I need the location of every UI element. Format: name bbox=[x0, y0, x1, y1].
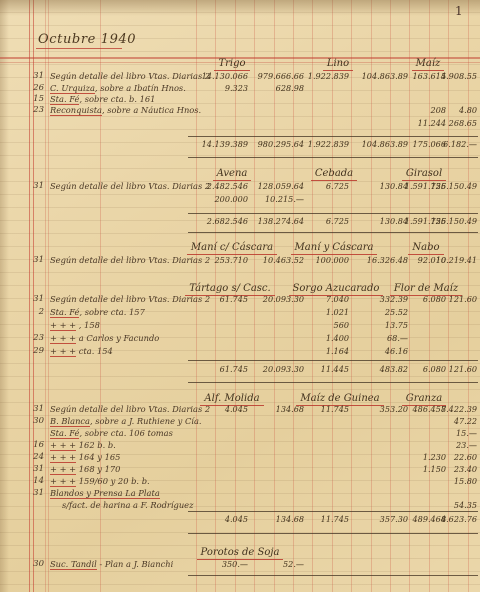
entry-description: + + + , 158 bbox=[50, 320, 100, 330]
day-cell: 31 bbox=[22, 488, 44, 498]
total-amount-cell: 61.745 bbox=[190, 364, 248, 374]
entry-description: Sta. Fé, sobre cta. 157 bbox=[50, 307, 145, 317]
day-cell: 31 bbox=[22, 464, 44, 474]
entry-description: Según detalle del libro Vtas. Diarias 2 bbox=[50, 181, 210, 191]
entry-description: Sta. Fé, sobre cta. b. 161 bbox=[50, 94, 155, 104]
total-amount-cell: 6.725 bbox=[303, 216, 349, 226]
day-cell: 14 bbox=[22, 476, 44, 486]
amount-cell: 46.16 bbox=[346, 346, 408, 356]
total-amount-cell: 2.682.546 bbox=[190, 216, 248, 226]
entry-description-text: , sobre cta. b. 161 bbox=[79, 94, 155, 104]
entry-description: + + + 164 y 165 bbox=[50, 452, 120, 462]
entry-description-text: Según detalle del libro Vtas. Diarias 2 bbox=[50, 255, 210, 265]
total-amount-cell: 11.745 bbox=[303, 514, 349, 524]
amount-cell: 68.— bbox=[346, 333, 408, 343]
entry-description-text: 168 y 170 bbox=[76, 464, 120, 474]
amount-cell: 13.75 bbox=[346, 320, 408, 330]
day-cell: 30 bbox=[22, 416, 44, 426]
total-amount-cell: 11.445 bbox=[303, 364, 349, 374]
day-cell: 31 bbox=[22, 404, 44, 414]
total-amount-cell: 130.84 bbox=[346, 216, 408, 226]
entry-description-text: cta. 154 bbox=[76, 346, 113, 356]
entry-description-text: Según detalle del libro Vtas. Diarias 2 bbox=[50, 404, 210, 414]
entry-description: Blandos y Prensa La Plata bbox=[50, 488, 160, 498]
amount-cell: 4.80 bbox=[427, 105, 477, 115]
amount-cell: 23.40 bbox=[427, 464, 477, 474]
amount-cell: 2.482.546 bbox=[190, 181, 248, 191]
column-header-label: Avena bbox=[213, 168, 252, 181]
handdrawn-rule bbox=[188, 533, 478, 534]
column-header-label: Maíz bbox=[412, 58, 445, 71]
amount-cell: 126.150.49 bbox=[427, 181, 477, 191]
amount-cell: 61.745 bbox=[190, 294, 248, 304]
day-cell: 31 bbox=[22, 294, 44, 304]
amount-cell: 332.39 bbox=[346, 294, 408, 304]
amount-cell: 1.922.839 bbox=[303, 71, 349, 81]
amount-cell: 253.710 bbox=[190, 255, 248, 265]
entry-description: Según detalle del libro Vtas. Diarias 2 bbox=[50, 255, 210, 265]
total-amount-cell: 1.922.839 bbox=[303, 139, 349, 149]
amount-cell: 23.— bbox=[427, 440, 477, 450]
entry-description-underlined: Suc. Tandil bbox=[50, 559, 97, 570]
entry-description: Sta. Fé, sobre cta. 106 tomas bbox=[50, 428, 173, 438]
amount-cell: 15.80 bbox=[427, 476, 477, 486]
total-amount-cell: 20.093.30 bbox=[246, 364, 304, 374]
amount-cell: 9.323 bbox=[190, 83, 248, 93]
handdrawn-rule bbox=[188, 382, 478, 383]
amount-cell: 1.021 bbox=[303, 307, 349, 317]
handdrawn-rule bbox=[188, 360, 478, 361]
amount-cell: 130.84 bbox=[346, 181, 408, 191]
entry-description-text: , 158 bbox=[76, 320, 100, 330]
entry-description-text: , sobre a Náutica Hnos. bbox=[102, 105, 201, 115]
handdrawn-rule bbox=[188, 511, 478, 512]
entry-description: Según detalle del libro Vtas. Diarias 2 bbox=[50, 404, 210, 414]
day-cell: 2 bbox=[22, 307, 44, 317]
amount-cell: 6.725 bbox=[303, 181, 349, 191]
amount-cell: 121.60 bbox=[427, 294, 477, 304]
amount-cell: 134.68 bbox=[246, 404, 304, 414]
column-header-label: Cebada bbox=[311, 168, 357, 181]
entry-description-text: Según detalle del libro Vtas. Diarias 2 bbox=[50, 181, 210, 191]
amount-cell: 16.326.48 bbox=[346, 255, 408, 265]
entry-description-underlined: B. Blanca bbox=[50, 416, 90, 427]
entry-description: Suc. Tandil - Plan a J. Bianchi bbox=[50, 559, 173, 569]
total-amount-cell: 4.045 bbox=[190, 514, 248, 524]
handdrawn-rule bbox=[188, 213, 478, 214]
entry-description-text: , sobre cta. 106 tomas bbox=[79, 428, 172, 438]
entry-description: + + + 162 b. b. bbox=[50, 440, 116, 450]
amount-cell: 7.040 bbox=[303, 294, 349, 304]
total-amount-cell: 8.623.76 bbox=[427, 514, 477, 524]
entry-description-text: a Carlos y Facundo bbox=[76, 333, 159, 343]
day-cell: 30 bbox=[22, 559, 44, 569]
entry-description-underlined: + + + bbox=[50, 320, 76, 331]
entry-description-underlined: C. Urquiza bbox=[50, 83, 95, 94]
day-cell: 31 bbox=[22, 71, 44, 81]
amount-cell: 14.130.066 bbox=[190, 71, 248, 81]
column-header-label: Nabo bbox=[408, 242, 443, 255]
amount-cell: 4.045 bbox=[190, 404, 248, 414]
column-header: Nabo bbox=[356, 242, 480, 253]
entry-description: Según detalle del libro Vtas. Diarias 2 bbox=[50, 294, 210, 304]
entry-description-underlined: Blandos y Prensa La Plata bbox=[50, 488, 160, 499]
column-header-label: Lino bbox=[323, 58, 353, 71]
entry-description: + + + cta. 154 bbox=[50, 346, 113, 356]
amount-cell: 22.60 bbox=[427, 452, 477, 462]
day-cell: 31 bbox=[22, 255, 44, 265]
total-amount-cell: 6.182.— bbox=[427, 139, 477, 149]
entry-description-underlined: + + + bbox=[50, 440, 76, 451]
amount-cell: 350.— bbox=[190, 559, 248, 569]
entry-description-text: 162 b. b. bbox=[76, 440, 116, 450]
total-amount-cell: 980.295.64 bbox=[246, 139, 304, 149]
total-amount-cell: 483.82 bbox=[346, 364, 408, 374]
total-amount-cell: 134.68 bbox=[246, 514, 304, 524]
entry-description: + + + a Carlos y Facundo bbox=[50, 333, 159, 343]
amount-cell: 8.422.39 bbox=[427, 404, 477, 414]
entry-description-underlined: + + + bbox=[50, 346, 76, 357]
day-cell: 23 bbox=[22, 333, 44, 343]
amount-cell: 10.215.— bbox=[246, 194, 304, 204]
entry-description-text: , sobre a Ibatín Hnos. bbox=[95, 83, 186, 93]
entry-description-underlined: + + + bbox=[50, 452, 76, 463]
handdrawn-rule bbox=[188, 575, 478, 576]
total-amount-cell: 104.863.89 bbox=[346, 139, 408, 149]
amount-cell: 52.— bbox=[246, 559, 304, 569]
amount-cell: 200.000 bbox=[190, 194, 248, 204]
entry-description-text: 164 y 165 bbox=[76, 452, 120, 462]
entry-description: Reconquista, sobre a Náutica Hnos. bbox=[50, 105, 201, 115]
column-header: Girasol bbox=[354, 168, 480, 179]
amount-cell: 47.22 bbox=[427, 416, 477, 426]
entry-description-text: , sobre a J. Ruthiene y Cía. bbox=[90, 416, 202, 426]
entry-description: C. Urquiza, sobre a Ibatín Hnos. bbox=[50, 83, 186, 93]
total-amount-cell: 126.150.49 bbox=[427, 216, 477, 226]
entry-description: s/fact. de harina a F. Rodríguez bbox=[62, 500, 193, 510]
amount-cell: 979.666.66 bbox=[246, 71, 304, 81]
amount-cell: 5.908.55 bbox=[427, 71, 477, 81]
handdrawn-rule bbox=[188, 232, 478, 233]
day-cell: 24 bbox=[22, 452, 44, 462]
amount-cell: 560 bbox=[303, 320, 349, 330]
amount-cell: 268.65 bbox=[427, 118, 477, 128]
amount-cell: 11.745 bbox=[303, 404, 349, 414]
day-cell: 29 bbox=[22, 346, 44, 356]
handdrawn-rule bbox=[188, 157, 478, 158]
entry-description-text: 159/60 y 20 b. b. bbox=[76, 476, 150, 486]
entry-description-text: - Plan a J. Bianchi bbox=[97, 559, 173, 569]
amount-cell: 128.059.64 bbox=[246, 181, 304, 191]
amount-cell: 1.164 bbox=[303, 346, 349, 356]
column-header-label: Trigo bbox=[214, 58, 249, 71]
ledger-page: 1 Octubre 1940 TrigoLinoMaíz31Según deta… bbox=[0, 0, 480, 592]
entry-description-text: Según detalle del libro Vtas. Diarias 2 bbox=[50, 71, 210, 81]
amount-cell: 1.400 bbox=[303, 333, 349, 343]
entry-description-underlined: Sta. Fé bbox=[50, 307, 79, 318]
column-header: Flor de Maíz bbox=[356, 283, 480, 294]
total-amount-cell: 14.139.389 bbox=[190, 139, 248, 149]
entry-description-underlined: + + + bbox=[50, 476, 76, 487]
amount-cell: 20.093.30 bbox=[246, 294, 304, 304]
amount-cell: 353.20 bbox=[346, 404, 408, 414]
entry-description-underlined: Sta. Fé bbox=[50, 428, 79, 439]
amount-cell: 10.463.52 bbox=[246, 255, 304, 265]
ledger-blocks: TrigoLinoMaíz31Según detalle del libro V… bbox=[0, 0, 480, 592]
amount-cell: 54.35 bbox=[427, 500, 477, 510]
entry-description: B. Blanca, sobre a J. Ruthiene y Cía. bbox=[50, 416, 202, 426]
total-amount-cell: 121.60 bbox=[427, 364, 477, 374]
day-cell: 15 bbox=[22, 94, 44, 104]
entry-description-text: , sobre cta. 157 bbox=[79, 307, 144, 317]
amount-cell: 628.98 bbox=[246, 83, 304, 93]
column-header-label: Girasol bbox=[402, 168, 446, 181]
entry-description-underlined: Sta. Fé bbox=[50, 94, 79, 105]
amount-cell: 100.000 bbox=[303, 255, 349, 265]
total-amount-cell: 138.274.64 bbox=[246, 216, 304, 226]
day-cell: 26 bbox=[22, 83, 44, 93]
entry-description: + + + 168 y 170 bbox=[50, 464, 120, 474]
day-cell: 23 bbox=[22, 105, 44, 115]
amount-cell: 15.— bbox=[427, 428, 477, 438]
day-cell: 16 bbox=[22, 440, 44, 450]
column-header: Maíz bbox=[358, 58, 480, 69]
entry-description-underlined: + + + bbox=[50, 333, 76, 344]
entry-description: + + + 159/60 y 20 b. b. bbox=[50, 476, 150, 486]
amount-cell: 104.863.89 bbox=[346, 71, 408, 81]
column-header: Porotos de Soja bbox=[170, 547, 310, 558]
entry-description-underlined: Reconquista bbox=[50, 105, 102, 116]
entry-description: Según detalle del libro Vtas. Diarias 2 bbox=[50, 71, 210, 81]
handdrawn-rule bbox=[188, 136, 478, 137]
entry-description-text: s/fact. de harina a F. Rodríguez bbox=[62, 500, 193, 510]
amount-cell: 10.219.41 bbox=[427, 255, 477, 265]
total-amount-cell: 357.30 bbox=[346, 514, 408, 524]
amount-cell: 25.52 bbox=[346, 307, 408, 317]
day-cell: 31 bbox=[22, 181, 44, 191]
entry-description-text: Según detalle del libro Vtas. Diarias 2 bbox=[50, 294, 210, 304]
entry-description-underlined: + + + bbox=[50, 464, 76, 475]
column-header: Granza bbox=[354, 393, 480, 404]
